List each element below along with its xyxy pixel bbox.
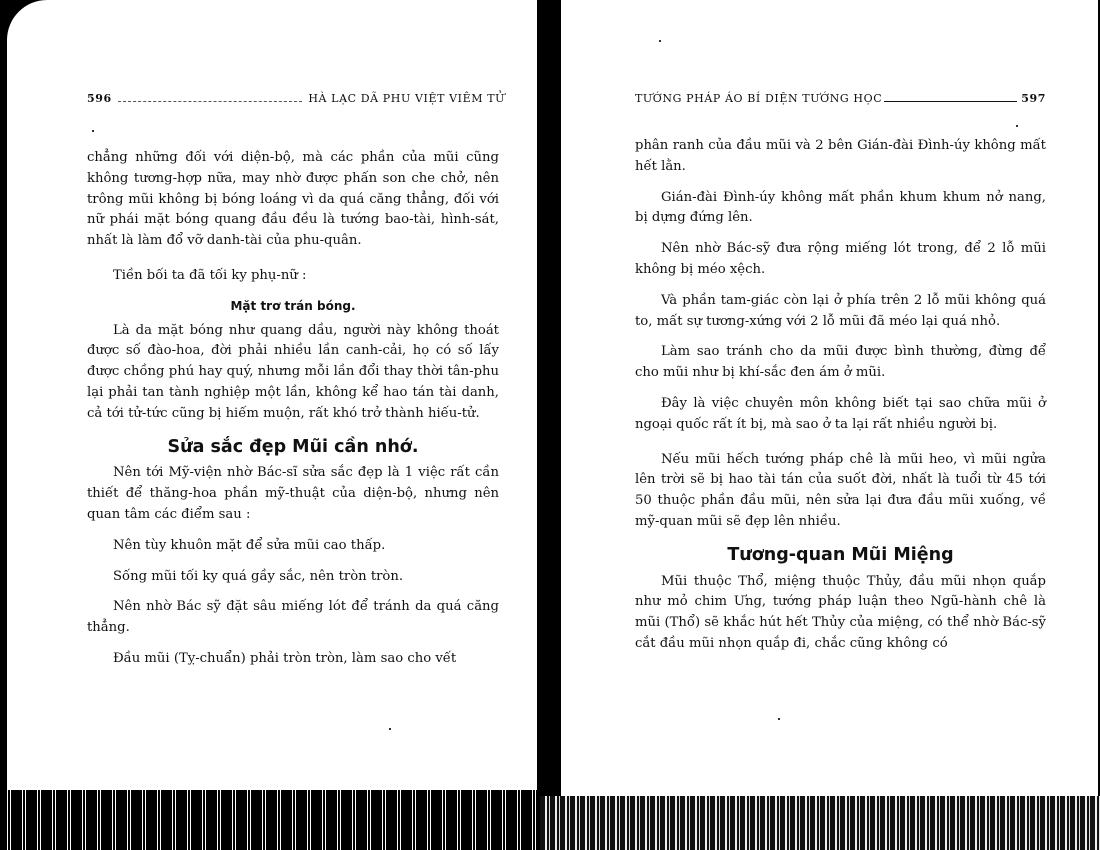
subheading: Mặt trơ trán bóng. [87, 296, 499, 317]
paragraph: Nên tùy khuôn mặt để sửa mũi cao thấp. [87, 536, 499, 557]
paragraph: Nếu mũi hếch tướng pháp chê là mũi heo, … [635, 450, 1046, 533]
running-head-right: TƯỚNG PHÁP ÁO BÍ DIỆN TƯỚNG HỌC 597 [635, 92, 1046, 105]
paragraph: Nên tới Mỹ-viện nhờ Bác-sĩ sửa sắc đẹp l… [87, 463, 499, 525]
page-edges-left [0, 790, 540, 850]
page-number: 597 [1021, 92, 1046, 105]
paragraph: phân ranh của đầu mũi và 2 bên Gián-đài … [635, 136, 1046, 178]
scan-speck [659, 40, 661, 42]
right-page-body: phân ranh của đầu mũi và 2 bên Gián-đài … [635, 136, 1046, 655]
paragraph: Nên nhờ Bác sỹ đặt sâu miếng lót để trán… [87, 597, 499, 639]
paragraph: Là da mặt bóng như quang dầu, người này … [87, 321, 499, 425]
left-page: 596 HÀ LẠC DÃ PHU VIỆT VIÊM TỬ chẳng nhữ… [7, 0, 537, 790]
section-title: Sửa sắc đẹp Mũi cần nhớ. [87, 437, 499, 458]
right-page: TƯỚNG PHÁP ÁO BÍ DIỆN TƯỚNG HỌC 597 phân… [561, 0, 1098, 796]
header-rule [118, 101, 303, 102]
paragraph: Và phần tam-giác còn lại ở phía trên 2 l… [635, 291, 1046, 333]
paragraph: Nên nhờ Bác-sỹ đưa rộng miếng lót trong,… [635, 239, 1046, 281]
header-rule [884, 101, 1017, 102]
paragraph: Mũi thuộc Thổ, miệng thuộc Thủy, đầu mũi… [635, 572, 1046, 655]
paragraph: Sống mũi tối ky quá gầy sắc, nên tròn tr… [87, 567, 499, 588]
scan-speck [1016, 125, 1018, 127]
scan-speck [778, 718, 780, 720]
paragraph: Đầu mũi (Tỵ-chuẩn) phải tròn tròn, làm s… [87, 649, 499, 670]
scan-speck [92, 130, 94, 132]
paragraph: Gián-đài Đình-úy không mất phần khum khu… [635, 188, 1046, 230]
paragraph: Tiền bối ta đã tối ky phụ-nữ : [87, 266, 499, 287]
paragraph: Đây là việc chuyên môn không biết tại sa… [635, 394, 1046, 436]
page-number: 596 [87, 92, 112, 105]
section-title: Tương-quan Mũi Miệng [635, 545, 1046, 566]
running-head-left: 596 HÀ LẠC DÃ PHU VIỆT VIÊM TỬ [87, 92, 505, 105]
running-title: TƯỚNG PHÁP ÁO BÍ DIỆN TƯỚNG HỌC [635, 92, 882, 105]
paragraph: chẳng những đối với diện-bộ, mà các phần… [87, 148, 499, 252]
running-title: HÀ LẠC DÃ PHU VIỆT VIÊM TỬ [308, 92, 505, 105]
scan-speck [389, 728, 391, 730]
left-page-body: chẳng những đối với diện-bộ, mà các phần… [87, 148, 499, 670]
paragraph: Làm sao tránh cho da mũi được bình thườn… [635, 342, 1046, 384]
book-gutter [537, 0, 561, 800]
page-edges-right [540, 796, 1100, 850]
